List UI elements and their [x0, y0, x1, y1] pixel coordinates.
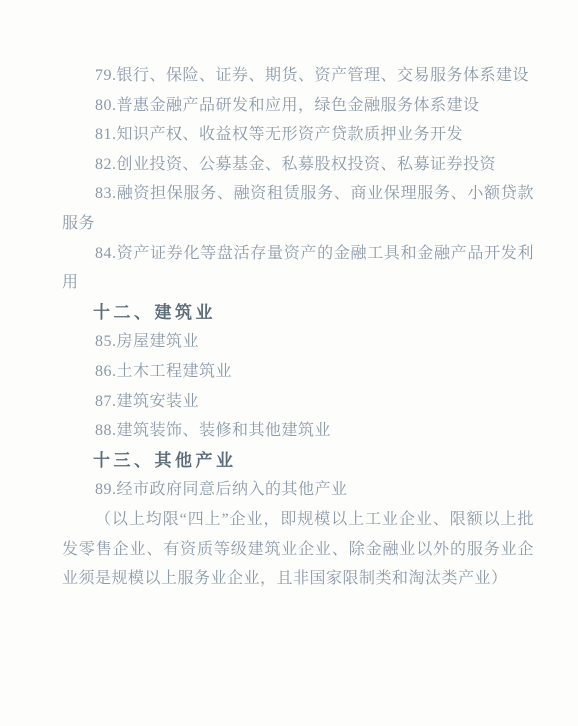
section-header-12: 十二、建筑业	[62, 298, 534, 328]
list-item-80: 80.普惠金融产品研发和应用，绿色金融服务体系建设	[62, 91, 534, 121]
document-page: 79.银行、保险、证券、期货、资产管理、交易服务体系建设 80.普惠金融产品研发…	[0, 0, 578, 726]
list-item-81: 81.知识产权、收益权等无形资产贷款质押业务开发	[62, 120, 534, 150]
list-item-82: 82.创业投资、公募基金、私募股权投资、私募证券投资	[62, 150, 534, 180]
list-item-87: 87.建筑安装业	[62, 387, 534, 417]
list-item-89: 89.经市政府同意后纳入的其他产业	[62, 475, 534, 505]
list-item-83: 83.融资担保服务、融资租赁服务、商业保理服务、小额贷款服务	[62, 179, 534, 238]
list-item-79: 79.银行、保险、证券、期货、资产管理、交易服务体系建设	[62, 61, 534, 91]
list-item-85: 85.房屋建筑业	[62, 327, 534, 357]
section-header-13: 十三、其他产业	[62, 446, 534, 476]
list-item-84: 84.资产证券化等盘活存量资产的金融工具和金融产品开发利用	[62, 239, 534, 298]
list-item-86: 86.土木工程建筑业	[62, 357, 534, 387]
document-content: 79.银行、保险、证券、期货、资产管理、交易服务体系建设 80.普惠金融产品研发…	[62, 61, 534, 594]
list-item-88: 88.建筑装饰、装修和其他建筑业	[62, 416, 534, 446]
scope-note-paragraph: （以上均限“四上”企业，即规模以上工业企业、限额以上批发零售企业、有资质等级建筑…	[62, 505, 534, 594]
